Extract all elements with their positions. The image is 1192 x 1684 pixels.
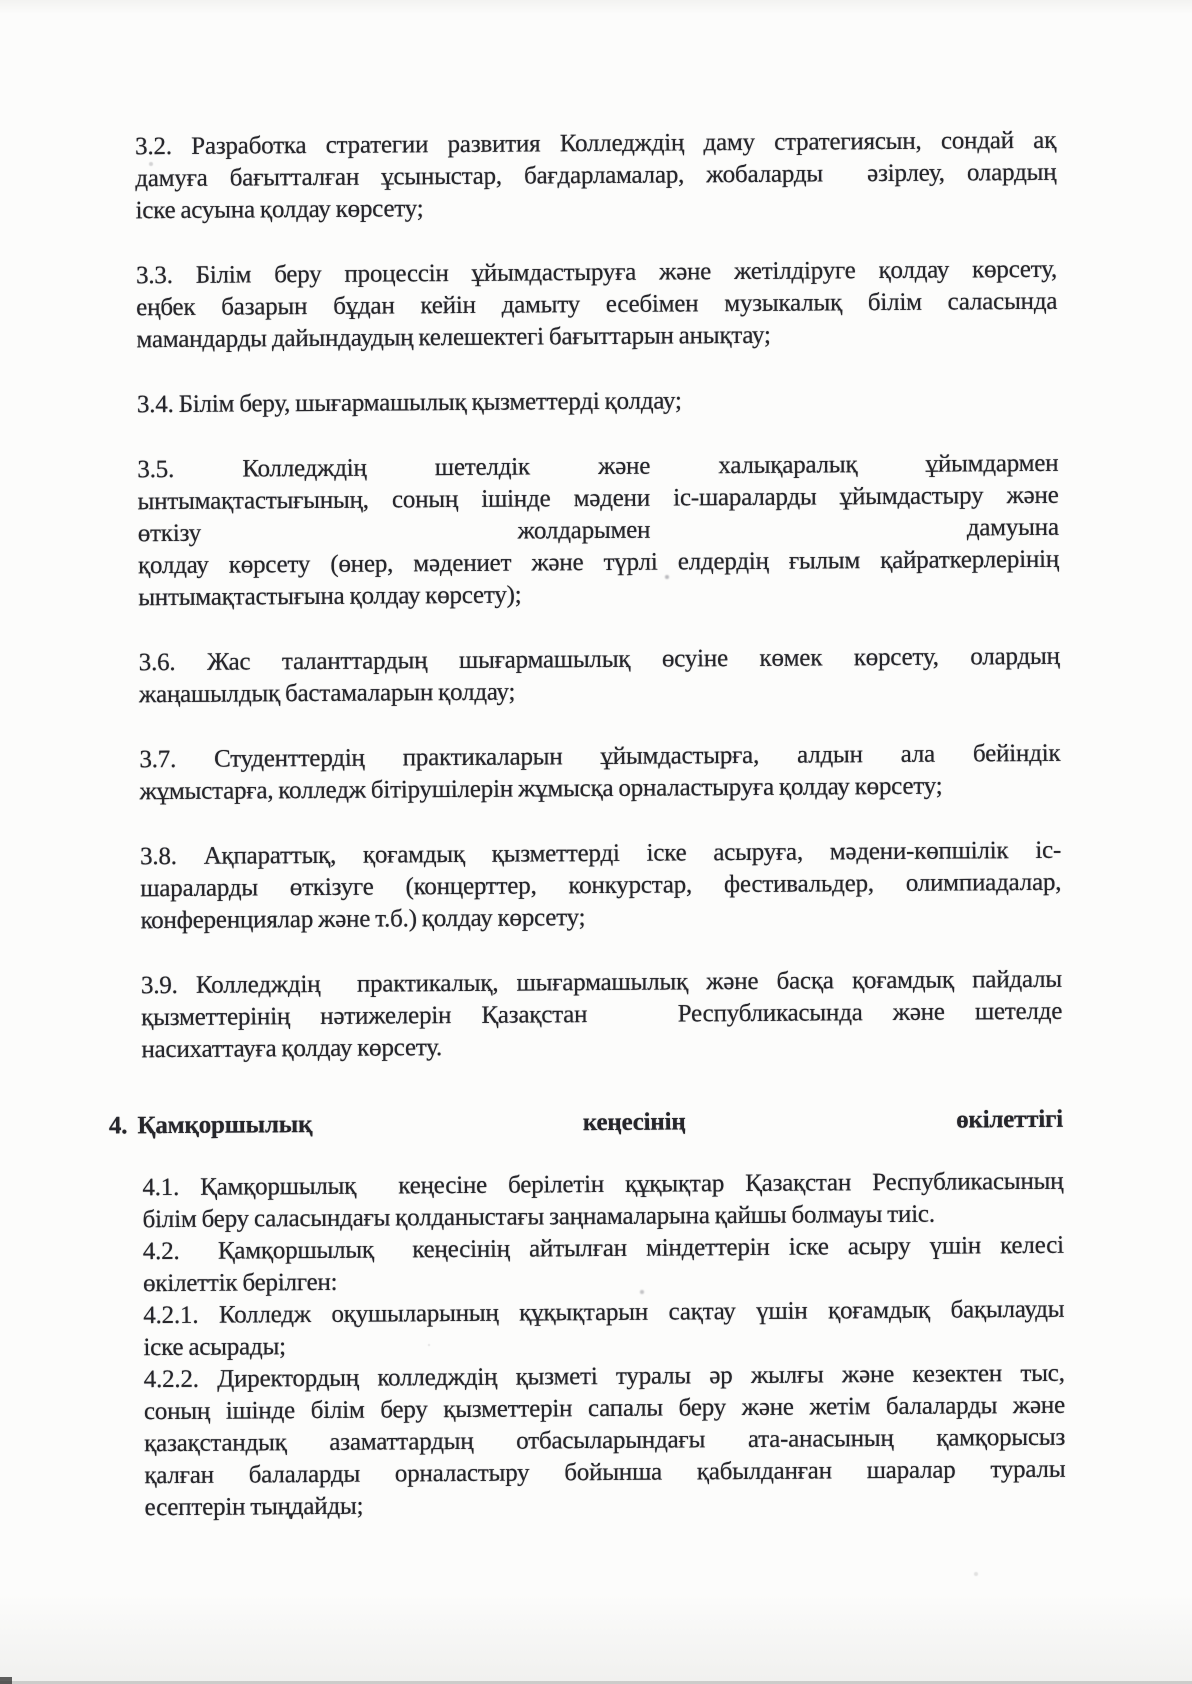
clause-4-2: 4.2. Қамқоршылық кеңесінің айтылған мінд… <box>143 1230 1064 1300</box>
text-line: дамуға бағытталған ұсыныстар, бағдарлама… <box>135 157 1056 195</box>
text-line: 4.2.1. Колледж оқушыларының құқықтарын с… <box>143 1294 1064 1332</box>
scanned-document-page: 3.2. Разработка стратегии развития Колле… <box>0 0 1192 1684</box>
scan-noise-specks <box>0 0 2 2</box>
heading-segment: 4. Қамқоршылық <box>109 1109 313 1142</box>
text-line: қызметтерінің нәтижелерін Қазақстан Респ… <box>141 996 1062 1034</box>
clause-3-8: 3.8. Ақпараттық, қоғамдық қызметтерді іс… <box>140 835 1062 937</box>
clause-4-1: 4.1. Қамқоршылық кеңесіне берілетін құқы… <box>142 1166 1063 1236</box>
clause-3-4: 3.4. Білім беру, шығармашылық қызметтерд… <box>137 383 1058 421</box>
scanned-page-root: { "page": { "kind": "scanned typed docum… <box>0 0 1192 1684</box>
text-line: насихаттауға қолдау көрсету. <box>141 1028 1062 1066</box>
text-line: есептерін тыңдайды; <box>145 1486 1066 1524</box>
text-line: қалған балаларды орналастыру бойынша қаб… <box>144 1454 1065 1492</box>
document-text-block: 3.2. Разработка стратегии развития Колле… <box>135 125 1066 1524</box>
heading-segment: кеңесінің <box>583 1106 686 1139</box>
text-line: конференциялар және т.б.) қолдау көрсету… <box>140 899 1061 937</box>
text-line: іске асуына қолдау көрсету; <box>135 189 1056 227</box>
clause-3-6: 3.6. Жас таланттардың шығармашылық өсуін… <box>139 641 1060 711</box>
heading-segment: өкілеттігі <box>956 1104 1063 1137</box>
text-line: 3.4. Білім беру, шығармашылық қызметтерд… <box>137 383 1058 421</box>
text-line: жаңашылдық бастамаларын қолдау; <box>139 673 1060 711</box>
clause-3-7: 3.7. Студенттердің практикаларын ұйымдас… <box>139 738 1060 808</box>
text-line: шараларды өткізуге (концерттер, конкурст… <box>140 867 1061 905</box>
text-line: қолдау көрсету (өнер, мәдениет және түрл… <box>138 544 1059 582</box>
text-line: ынтымақтастығына қолдау көрсету); <box>138 576 1059 614</box>
clause-3-5: 3.5. Колледждің шетелдік және халықаралы… <box>137 448 1059 614</box>
clause-3-2: 3.2. Разработка стратегии развития Колле… <box>135 125 1057 227</box>
clause-3-9: 3.9. Колледждің практикалық, шығармашылы… <box>141 964 1063 1066</box>
text-line: еңбек базарын бұдан кейін дамыту есебіме… <box>136 286 1057 324</box>
text-line: мамандарды дайындаудың келешектегі бағыт… <box>136 318 1057 356</box>
text-line: 3.6. Жас таланттардың шығармашылық өсуін… <box>139 641 1060 679</box>
clause-3-3: 3.3. Білім беру процессін ұйымдастыруға … <box>136 254 1058 356</box>
clause-4-2-1: 4.2.1. Колледж оқушыларының құқықтарын с… <box>143 1294 1064 1364</box>
clause-4-2-2: 4.2.2. Директордың колледждің қызметі ту… <box>144 1358 1066 1524</box>
section-4-heading: 4. Қамқоршылықкеңесініңөкілеттігі <box>109 1104 1063 1143</box>
scan-corner-artifact <box>0 1677 12 1684</box>
text-line: 4.2. Қамқоршылық кеңесінің айтылған мінд… <box>143 1230 1064 1268</box>
text-line: жұмыстарға, колледж бітірушілерін жұмысқ… <box>140 770 1061 808</box>
